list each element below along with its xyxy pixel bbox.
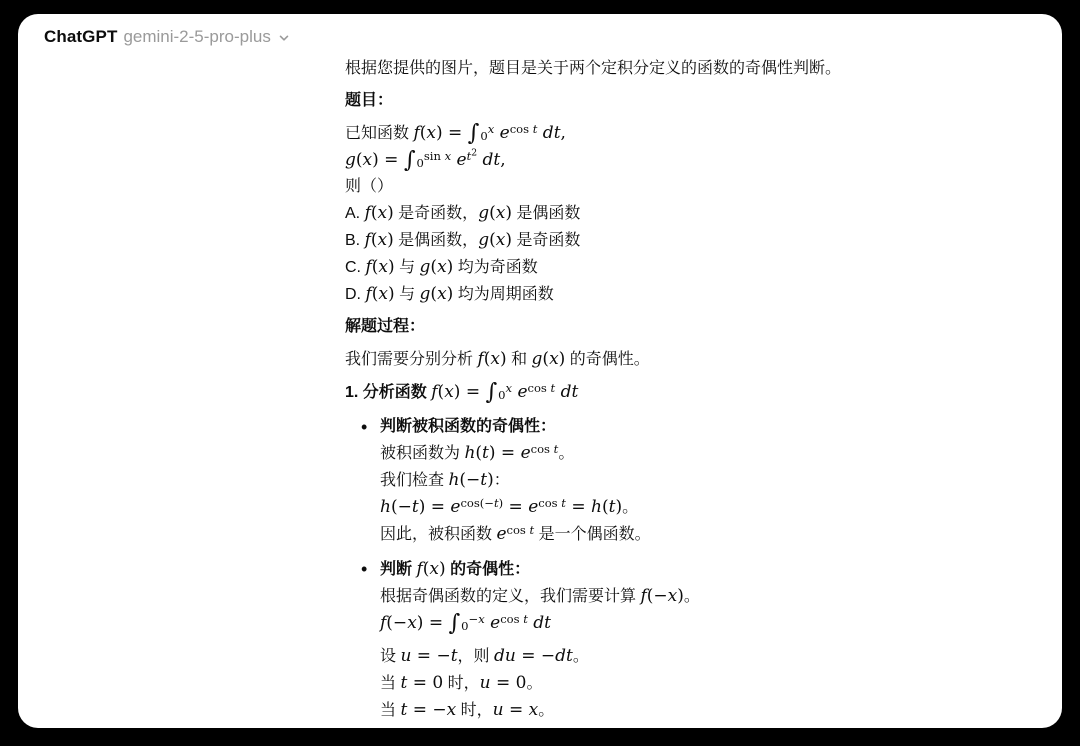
- math-segment: g(x) = ∫0sin x et2 dt,: [345, 150, 506, 170]
- math-segment: f(x): [416, 559, 445, 579]
- math-segment: g(x): [478, 230, 512, 250]
- text-segment: B.: [345, 232, 365, 249]
- text-segment: 与: [395, 286, 420, 303]
- chevron-down-icon: [277, 31, 291, 45]
- paragraph: 我们需要分别分析 f(x) 和 g(x) 的奇偶性。: [345, 346, 965, 373]
- math-segment: f(x): [365, 257, 394, 277]
- paragraph: 根据您提供的图片，题目是关于两个定积分定义的函数的奇偶性判断。: [345, 56, 965, 82]
- text-line: 题目：: [345, 88, 965, 114]
- text-line: 我们检查 h(−t)：: [380, 467, 965, 494]
- text-line: D. f(x) 与 g(x) 均为周期函数: [345, 281, 965, 308]
- math-segment: du = −dt: [494, 646, 573, 666]
- text-line: 判断被积函数的奇偶性：: [380, 414, 965, 440]
- text-segment: 均为奇函数: [453, 259, 537, 276]
- text-segment: 是一个偶函数。: [534, 526, 650, 543]
- math-segment: f(x): [365, 230, 394, 250]
- app-name: ChatGPT: [44, 27, 117, 47]
- math-segment: f(x): [365, 284, 394, 304]
- math-segment: f(−x) = ∫0−x ecos t dt: [380, 613, 551, 633]
- text-segment: 。: [558, 445, 574, 462]
- math-segment: h(−t) = ecos(−t) = ecos t = h(t): [380, 497, 622, 517]
- text-segment: 。: [684, 588, 700, 605]
- text-line: 被积函数为 h(t) = ecos t。: [380, 440, 965, 467]
- text-segment: 是奇函数，: [394, 205, 478, 222]
- math-segment: u = −t: [400, 646, 457, 666]
- text-line: 当 t = −x 时，u = x。: [380, 697, 965, 724]
- math-segment: g(x): [420, 284, 454, 304]
- text-segment: 根据奇偶函数的定义，我们需要计算: [380, 588, 640, 605]
- text-line: B. f(x) 是偶函数，g(x) 是奇函数: [345, 227, 965, 254]
- model-name: gemini-2-5-pro-plus: [123, 27, 270, 47]
- math-segment: t = 0: [400, 673, 443, 693]
- text-segment: 题目：: [345, 92, 393, 109]
- text-segment: 被积函数为: [380, 445, 464, 462]
- math-segment: g(x): [478, 203, 512, 223]
- model-selector[interactable]: ChatGPT gemini-2-5-pro-plus: [40, 25, 295, 49]
- text-segment: D.: [345, 286, 365, 303]
- math-segment: f(x): [477, 349, 506, 369]
- text-segment: 当: [380, 675, 400, 692]
- text-segment: 根据您提供的图片，题目是关于两个定积分定义的函数的奇偶性判断。: [345, 60, 841, 77]
- bullet-list: 判断被积函数的奇偶性：被积函数为 h(t) = ecos t。我们检查 h(−t…: [345, 414, 965, 724]
- math-segment: ecos t: [496, 524, 534, 544]
- text-segment: 是奇函数: [512, 232, 580, 249]
- text-line: f(−x) = ∫0−x ecos t dt: [380, 610, 965, 637]
- chat-header: ChatGPT gemini-2-5-pro-plus: [40, 24, 295, 50]
- paragraph: 已知函数 f(x) = ∫0x ecos t dt,g(x) = ∫0sin x…: [345, 120, 965, 308]
- text-line: 根据奇偶函数的定义，我们需要计算 f(−x)。: [380, 583, 965, 610]
- text-line: 根据您提供的图片，题目是关于两个定积分定义的函数的奇偶性判断。: [345, 56, 965, 82]
- math-segment: f(x): [365, 203, 394, 223]
- math-segment: g(x): [532, 349, 566, 369]
- text-segment: 。: [526, 675, 542, 692]
- text-segment: 我们检查: [380, 472, 448, 489]
- paragraph: 判断 f(x) 的奇偶性：根据奇偶函数的定义，我们需要计算 f(−x)。f(−x…: [380, 556, 965, 637]
- text-line: A. f(x) 是奇函数，g(x) 是偶函数: [345, 200, 965, 227]
- text-line: 判断 f(x) 的奇偶性：: [380, 556, 965, 583]
- text-line: 当 t = 0 时，u = 0。: [380, 670, 965, 697]
- text-segment: 判断被积函数的奇偶性：: [380, 418, 556, 435]
- text-segment: 的奇偶性：: [446, 561, 530, 578]
- text-line: 解题过程：: [345, 314, 965, 340]
- math-segment: f(−x): [640, 586, 683, 606]
- text-segment: 判断: [380, 561, 416, 578]
- text-segment: 时，: [443, 675, 479, 692]
- text-segment: 则（）: [345, 178, 393, 195]
- paragraph: 判断被积函数的奇偶性：被积函数为 h(t) = ecos t。我们检查 h(−t…: [380, 414, 965, 548]
- text-line: g(x) = ∫0sin x et2 dt,: [345, 147, 965, 174]
- text-line: h(−t) = ecos(−t) = ecos t = h(t)。: [380, 494, 965, 521]
- assistant-message: 根据您提供的图片，题目是关于两个定积分定义的函数的奇偶性判断。题目：已知函数 f…: [345, 56, 965, 728]
- math-segment: h(t) = ecos t: [464, 443, 558, 463]
- text-segment: 解题过程：: [345, 318, 425, 335]
- text-segment: 因此，被积函数: [380, 526, 496, 543]
- text-segment: ，则: [458, 648, 494, 665]
- text-segment: 1. 分析函数: [345, 384, 431, 401]
- list-item: 判断被积函数的奇偶性：被积函数为 h(t) = ecos t。我们检查 h(−t…: [380, 414, 965, 548]
- text-segment: 和: [507, 351, 532, 368]
- text-line: 已知函数 f(x) = ∫0x ecos t dt,: [345, 120, 965, 147]
- paragraph: 1. 分析函数 f(x) = ∫0x ecos t dt: [345, 379, 965, 406]
- list-item: 判断 f(x) 的奇偶性：根据奇偶函数的定义，我们需要计算 f(−x)。f(−x…: [380, 556, 965, 724]
- math-segment: f(x) = ∫0x ecos t dt,: [413, 123, 565, 143]
- text-segment: 是偶函数: [512, 205, 580, 222]
- text-segment: 。: [538, 702, 554, 719]
- text-segment: 。: [573, 648, 589, 665]
- text-segment: 我们需要分别分析: [345, 351, 477, 368]
- text-segment: C.: [345, 259, 365, 276]
- screen: ChatGPT gemini-2-5-pro-plus 根据您提供的图片，题目是…: [0, 0, 1080, 746]
- math-segment: f(x) = ∫0x ecos t dt: [431, 382, 578, 402]
- text-segment: 设: [380, 648, 400, 665]
- text-line: C. f(x) 与 g(x) 均为奇函数: [345, 254, 965, 281]
- math-segment: h(−t): [448, 470, 493, 490]
- text-segment: 均为周期函数: [453, 286, 553, 303]
- math-segment: t = −x: [400, 700, 456, 720]
- text-segment: ：: [494, 472, 510, 489]
- chat-window: ChatGPT gemini-2-5-pro-plus 根据您提供的图片，题目是…: [18, 14, 1062, 728]
- text-line: 我们需要分别分析 f(x) 和 g(x) 的奇偶性。: [345, 346, 965, 373]
- text-segment: A.: [345, 205, 365, 222]
- text-segment: 时，: [456, 702, 492, 719]
- paragraph: 解题过程：: [345, 314, 965, 340]
- math-segment: u = x: [493, 700, 539, 720]
- text-segment: 。: [622, 499, 638, 516]
- text-segment: 的奇偶性。: [565, 351, 649, 368]
- text-segment: 已知函数: [345, 125, 413, 142]
- paragraph: 题目：: [345, 88, 965, 114]
- text-line: 则（）: [345, 174, 965, 200]
- math-segment: g(x): [420, 257, 454, 277]
- paragraph: 设 u = −t，则 du = −dt。当 t = 0 时，u = 0。当 t …: [380, 643, 965, 724]
- text-segment: 是偶函数，: [394, 232, 478, 249]
- text-line: 因此，被积函数 ecos t 是一个偶函数。: [380, 521, 965, 548]
- text-segment: 与: [395, 259, 420, 276]
- text-line: 设 u = −t，则 du = −dt。: [380, 643, 965, 670]
- text-segment: 当: [380, 702, 400, 719]
- text-line: 1. 分析函数 f(x) = ∫0x ecos t dt: [345, 379, 965, 406]
- math-segment: u = 0: [480, 673, 527, 693]
